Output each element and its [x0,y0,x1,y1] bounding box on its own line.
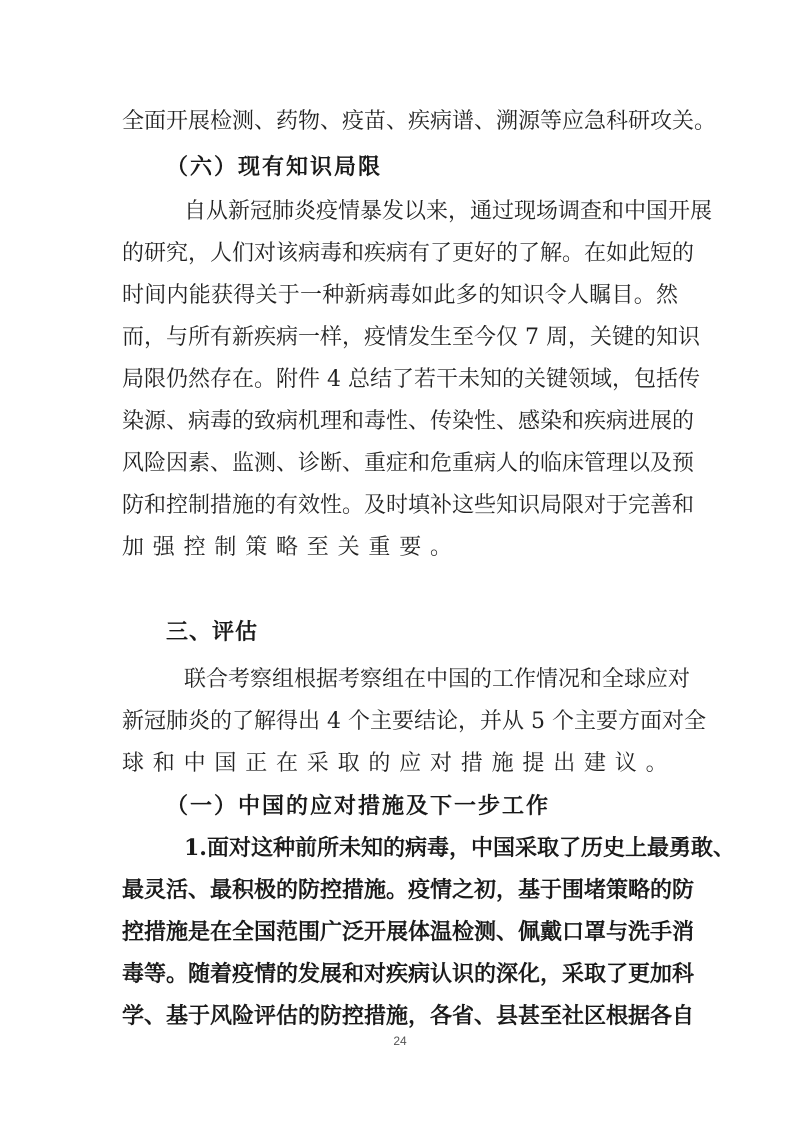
paragraph-line: 控措施是在全国范围广泛开展体温检测、佩戴口罩与洗手消 [122,911,678,953]
paragraph-continuation-line: 全面开展检测、药物、疫苗、疾病谱、溯源等应急科研攻关。 [122,101,678,143]
paragraph-line: 联合考察组根据考察组在中国的工作情况和全球应对 [184,659,678,701]
paragraph-line: 学、基于风险评估的防控措施，各省、县甚至社区根据各自 [122,995,678,1037]
paragraph-line: 防和控制措施的有效性。及时填补这些知识局限对于完善和 [122,485,678,527]
section-heading-assessment: 三、评估 [166,612,258,654]
paragraph-line: 时间内能获得关于一种新病毒如此多的知识令人瞩目。然 [122,275,678,317]
paragraph-line: 毒等。随着疫情的发展和对疾病认识的深化，采取了更加科 [122,953,678,995]
paragraph-line: 染源、病毒的致病机理和毒性、传染性、感染和疾病进展的 [122,401,678,443]
section-heading-china-response: （一）中国的应对措施及下一步工作 [166,785,550,827]
paragraph-line: 新冠肺炎的了解得出 4 个主要结论，并从 5 个主要方面对全 [122,701,678,743]
paragraph-line: 加强控制策略至关重要。 [122,527,678,569]
paragraph-line: 球和中国正在采取的应对措施提出建议。 [122,743,678,785]
paragraph-line: 自从新冠肺炎疫情暴发以来，通过现场调查和中国开展 [184,191,678,233]
document-page: 全面开展检测、药物、疫苗、疾病谱、溯源等应急科研攻关。 （六）现有知识局限 自从… [0,0,800,1131]
paragraph-line: 而，与所有新疾病一样，疫情发生至今仅 7 周，关键的知识 [122,317,678,359]
page-number: 24 [0,1034,800,1048]
paragraph-line: 的研究，人们对该病毒和疾病有了更好的了解。在如此短的 [122,233,678,275]
section-heading-knowledge-gaps: （六）现有知识局限 [166,146,382,188]
paragraph-line: 1.面对这种前所未知的病毒，中国采取了历史上最勇敢、 [184,827,678,869]
paragraph-line: 局限仍然存在。附件 4 总结了若干未知的关键领域，包括传 [122,359,678,401]
paragraph-line: 风险因素、监测、诊断、重症和危重病人的临床管理以及预 [122,443,678,485]
paragraph-line: 最灵活、最积极的防控措施。疫情之初，基于围堵策略的防 [122,869,678,911]
